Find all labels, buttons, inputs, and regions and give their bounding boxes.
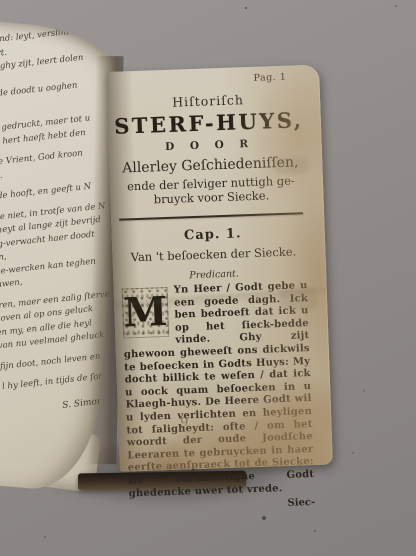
woodcut-initial: M (122, 287, 170, 339)
title-door-line: D O O R (114, 136, 304, 155)
body-paragraph: MYn Heer / Godt gebe u een goede dagh. I… (119, 280, 316, 501)
page-number: Pag. 1 (112, 71, 302, 89)
photo-scene: den avond: leyt, verslint , onteert. er,… (0, 0, 416, 556)
chapter-subtitle: Van 't beſoecken der Siecke. (118, 244, 308, 265)
surface-specks (0, 0, 2, 2)
divider-rule (119, 212, 303, 220)
show-through-smudge (274, 157, 309, 174)
right-page: Pag. 1 Hiſtoriſch STERF-HUYS, D O O R Al… (106, 65, 333, 472)
book-title: STERF-HUYS, (113, 107, 304, 139)
handwritten-ink-mark: 9 (179, 415, 189, 431)
show-through-smudge (279, 287, 318, 310)
chapter-heading: Cap. 1. (118, 224, 308, 246)
